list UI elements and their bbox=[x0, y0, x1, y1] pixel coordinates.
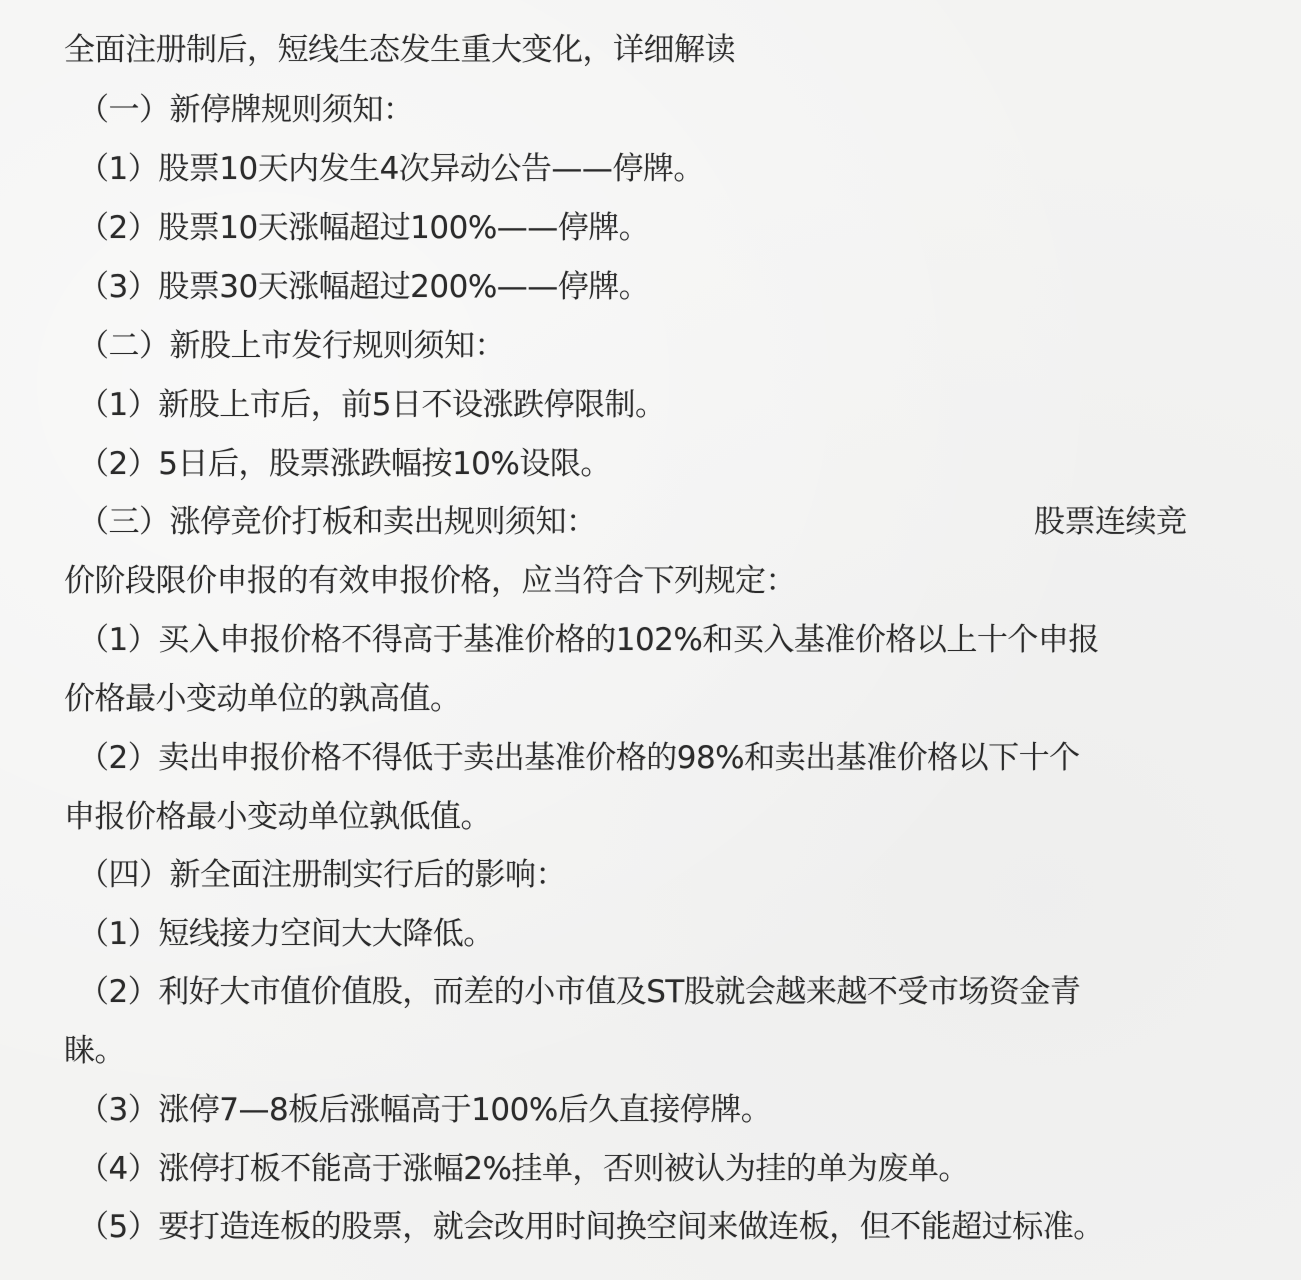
section-2-item-2: （2）5日后，股票涨跌幅按10%设限。 bbox=[78, 444, 611, 484]
section-4-item-2-line-1: （2）利好大市值价值股，而差的小市值及ST股就会越来越不受市场资金青 bbox=[78, 972, 1080, 1012]
section-1-item-2: （2）股票10天涨幅超过100%——停牌。 bbox=[78, 208, 649, 248]
section-3-intro: 价阶段限价申报的有效申报价格，应当符合下列规定： bbox=[64, 561, 796, 601]
section-4-item-3: （3）涨停7—8板后涨幅高于100%后久直接停牌。 bbox=[78, 1090, 771, 1130]
section-3-item-1-line-1: （1）买入申报价格不得高于基准价格的102%和买入基准价格以上十个申报 bbox=[78, 620, 1099, 660]
section-4-item-4: （4）涨停打板不能高于涨幅2%挂单，否则被认为挂的单为废单。 bbox=[78, 1149, 969, 1189]
section-4-item-1: （1）短线接力空间大大降低。 bbox=[78, 914, 494, 954]
section-1-item-1: （1）股票10天内发生4次异动公告——停牌。 bbox=[78, 149, 704, 189]
section-1-heading: （一）新停牌规则须知： bbox=[78, 90, 414, 130]
section-1-item-3: （3）股票30天涨幅超过200%——停牌。 bbox=[78, 267, 649, 307]
section-3-item-2-line-2: 申报价格最小变动单位孰低值。 bbox=[64, 797, 491, 837]
document-page: 全面注册制后，短线生态发生重大变化，详细解读 （一）新停牌规则须知： （1）股票… bbox=[0, 0, 1301, 1280]
section-2-heading: （二）新股上市发行规则须知： bbox=[78, 326, 505, 366]
section-4-item-2-line-2: 睐。 bbox=[64, 1031, 125, 1071]
section-4-heading: （四）新全面注册制实行后的影响： bbox=[78, 855, 566, 895]
section-4-item-5: （5）要打造连板的股票，就会改用时间换空间来做连板，但不能超过标准。 bbox=[78, 1207, 1104, 1247]
section-3-item-1-line-2: 价格最小变动单位的孰高值。 bbox=[64, 679, 461, 719]
section-3-heading: （三）涨停竞价打板和卖出规则须知： bbox=[78, 502, 597, 542]
section-2-item-1: （1）新股上市后，前5日不设涨跌停限制。 bbox=[78, 385, 665, 425]
section-3-item-2-line-1: （2）卖出申报价格不得低于卖出基准价格的98%和卖出基准价格以下十个 bbox=[78, 738, 1080, 778]
section-3-heading-tail: 股票连续竞 bbox=[1034, 502, 1187, 542]
document-title: 全面注册制后，短线生态发生重大变化，详细解读 bbox=[64, 30, 735, 70]
